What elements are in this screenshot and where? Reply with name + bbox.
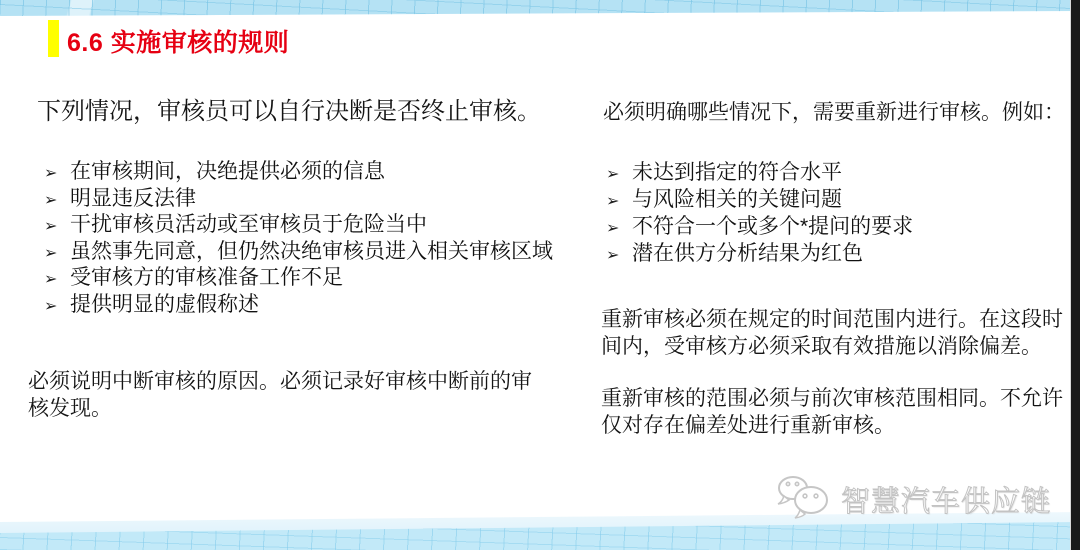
page-title: 6.6 实施审核的规则 bbox=[67, 23, 289, 59]
right-bullet-list: ➢ 未达到指定的符合水平 ➢ 与风险相关的关键问题 ➢ 不符合一个或多个*提问的… bbox=[606, 160, 913, 268]
right-column-paragraph-2: 重新审核的范围必须与前次审核范围相同。不允许仅对存在偏差处进行重新审核。 bbox=[601, 385, 1071, 439]
watermark: 智慧汽车供应链 bbox=[775, 474, 1051, 525]
list-item: ➢ 提供明显的虚假称述 bbox=[44, 293, 553, 320]
bullet-text: 明显违反法律 bbox=[70, 187, 196, 212]
bullet-text: 不符合一个或多个*提问的要求 bbox=[632, 214, 913, 239]
arrow-bullet-icon: ➢ bbox=[44, 295, 70, 320]
list-item: ➢ 与风险相关的关键问题 bbox=[606, 187, 913, 214]
arrow-bullet-icon: ➢ bbox=[44, 242, 70, 267]
bullet-text: 未达到指定的符合水平 bbox=[632, 160, 842, 185]
list-item: ➢ 干扰审核员活动或至审核员于危险当中 bbox=[44, 213, 553, 240]
bullet-text: 潜在供方分析结果为红色 bbox=[632, 241, 863, 266]
bullet-text: 虽然事先同意，但仍然决绝审核员进入相关审核区域 bbox=[70, 240, 553, 265]
arrow-bullet-icon: ➢ bbox=[44, 189, 70, 214]
right-edge-dark-strip bbox=[1071, 0, 1080, 550]
list-item: ➢ 潜在供方分析结果为红色 bbox=[606, 241, 913, 268]
arrow-bullet-icon: ➢ bbox=[606, 243, 632, 268]
list-item: ➢ 明显违反法律 bbox=[44, 187, 553, 214]
title-accent-bar bbox=[48, 20, 59, 57]
left-column-note: 必须说明中断审核的原因。必须记录好审核中断前的审核发现。 bbox=[28, 368, 548, 422]
watermark-label: 智慧汽车供应链 bbox=[841, 479, 1051, 520]
arrow-bullet-icon: ➢ bbox=[606, 216, 632, 241]
left-bullet-list: ➢ 在审核期间，决绝提供必须的信息 ➢ 明显违反法律 ➢ 干扰审核员活动或至审核… bbox=[44, 160, 553, 320]
arrow-bullet-icon: ➢ bbox=[44, 162, 70, 187]
left-column-intro: 下列情况，审核员可以自行决断是否终止审核。 bbox=[37, 98, 567, 126]
list-item: ➢ 在审核期间，决绝提供必须的信息 bbox=[44, 160, 553, 187]
bullet-text: 受审核方的审核准备工作不足 bbox=[70, 266, 343, 291]
arrow-bullet-icon: ➢ bbox=[44, 215, 70, 240]
list-item: ➢ 虽然事先同意，但仍然决绝审核员进入相关审核区域 bbox=[44, 240, 553, 267]
arrow-bullet-icon: ➢ bbox=[606, 189, 632, 214]
list-item: ➢ 受审核方的审核准备工作不足 bbox=[44, 266, 553, 293]
arrow-bullet-icon: ➢ bbox=[606, 162, 632, 187]
list-item: ➢ 未达到指定的符合水平 bbox=[606, 160, 913, 187]
bullet-text: 在审核期间，决绝提供必须的信息 bbox=[70, 160, 385, 185]
arrow-bullet-icon: ➢ bbox=[44, 268, 70, 293]
right-column-intro: 必须明确哪些情况下，需要重新进行审核。例如： bbox=[603, 100, 1073, 125]
list-item: ➢ 不符合一个或多个*提问的要求 bbox=[606, 214, 913, 241]
top-grid-band bbox=[0, 0, 1080, 18]
wechat-icon bbox=[775, 474, 833, 525]
bullet-text: 干扰审核员活动或至审核员于危险当中 bbox=[70, 213, 427, 238]
bullet-text: 提供明显的虚假称述 bbox=[70, 293, 259, 318]
bullet-text: 与风险相关的关键问题 bbox=[632, 187, 842, 212]
right-column-paragraph-1: 重新审核必须在规定的时间范围内进行。在这段时间内，受审核方必须采取有效措施以消除… bbox=[601, 306, 1071, 360]
